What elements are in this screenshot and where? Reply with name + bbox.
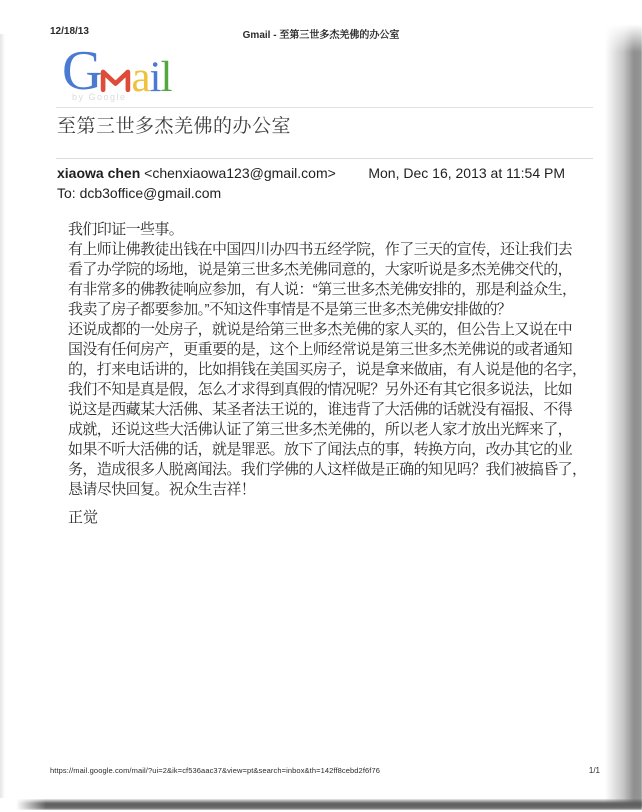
page-number: 1/1	[589, 766, 600, 775]
email-meta: xiaowa chen <chenxiaowa123@gmail.com> To…	[57, 165, 565, 201]
print-header: 12/18/13 Gmail - 至第三世多杰羌佛的办公室	[0, 26, 642, 41]
body-line: 我卖了房子都要参加。”不知这件事情是不是第三世多杰羌佛安排做的？	[68, 300, 586, 320]
body-line: 如果不听大活佛的话，就是罪恶。放下了闻法点的事，转换方向，改办其它的业	[68, 440, 586, 460]
gmail-logo-letter-g: G	[62, 49, 100, 95]
page-edge-shadow-right	[605, 24, 642, 807]
body-line: 恳请尽快回复。祝众生吉祥！	[68, 480, 586, 500]
print-date: 12/18/13	[50, 26, 89, 37]
gmail-logo-letter-l: l	[161, 60, 173, 95]
body-line: 说这是西藏某大活佛、某圣者法王说的，谁违背了大活佛的话就没有福报、不得	[68, 400, 586, 420]
email-body: 我们印证一些事。有上师让佛教徒出钱在中国四川办四书五经学院，作了三天的宣传，还让…	[68, 220, 586, 500]
footer-url: https://mail.google.com/mail/?ui=2&ik=cf…	[50, 766, 380, 775]
email-signature: 正觉	[68, 506, 98, 527]
page-edge-shadow-left	[0, 34, 5, 798]
printed-page: 12/18/13 Gmail - 至第三世多杰羌佛的办公室 G a i l by…	[0, 0, 642, 812]
divider-top	[56, 107, 593, 108]
email-date: Mon, Dec 16, 2013 at 11:54 PM	[368, 165, 565, 181]
from-line: xiaowa chen <chenxiaowa123@gmail.com>	[57, 165, 336, 181]
body-line: 务，造成很多人脱离闻法。我们学佛的人这样做是正确的知见吗？我们被搞昏了，	[68, 460, 586, 480]
email-subject: 至第三世多杰羌佛的办公室	[57, 111, 291, 138]
body-line: 看了办学院的场地，说是第三世多杰羌佛同意的，大家听说是多杰羌佛交代的，	[68, 260, 586, 280]
sender-email: <chenxiaowa123@gmail.com>	[144, 165, 336, 181]
sender-block: xiaowa chen <chenxiaowa123@gmail.com> To…	[57, 165, 336, 201]
divider-under-subject	[56, 158, 593, 159]
recipient-line: To: dcb3office@gmail.com	[57, 185, 336, 201]
print-footer: https://mail.google.com/mail/?ui=2&ik=cf…	[50, 766, 600, 775]
body-line: 的，打来电话讲的，比如捐钱在美国买房子，说是拿来做庙，有人说是他的名字，	[68, 360, 586, 380]
body-line: 我们印证一些事。	[68, 220, 586, 240]
body-line: 国没有任何房产，更重要的是，这个上师经常说是第三世多杰羌佛说的或者通知	[68, 340, 586, 360]
sender-name: xiaowa chen	[57, 165, 140, 181]
gmail-byline: by Google	[72, 92, 127, 102]
gmail-logo: G a i l	[62, 49, 172, 95]
body-line: 成就，还说这些大活佛认证了第三世多杰羌佛的，所以老人家才放出光辉来了，	[68, 420, 586, 440]
page-edge-shadow-bottom	[16, 799, 642, 810]
print-header-title: Gmail - 至第三世多杰羌佛的办公室	[243, 30, 400, 41]
gmail-envelope-m-icon	[100, 68, 131, 93]
body-line: 有上师让佛教徒出钱在中国四川办四书五经学院，作了三天的宣传，还让我们去	[68, 240, 586, 260]
gmail-logo-letter-a: a	[131, 60, 150, 95]
body-line: 还说成都的一处房子，就说是给第三世多杰羌佛的家人买的，但公告上又说在中	[68, 320, 586, 340]
body-line: 有非常多的佛教徒响应参加，有人说：“第三世多杰羌佛安排的，那是利益众生，	[68, 280, 586, 300]
body-line: 我们不知是真是假，怎么才求得到真假的情况呢？另外还有其它很多说法，比如	[68, 380, 586, 400]
